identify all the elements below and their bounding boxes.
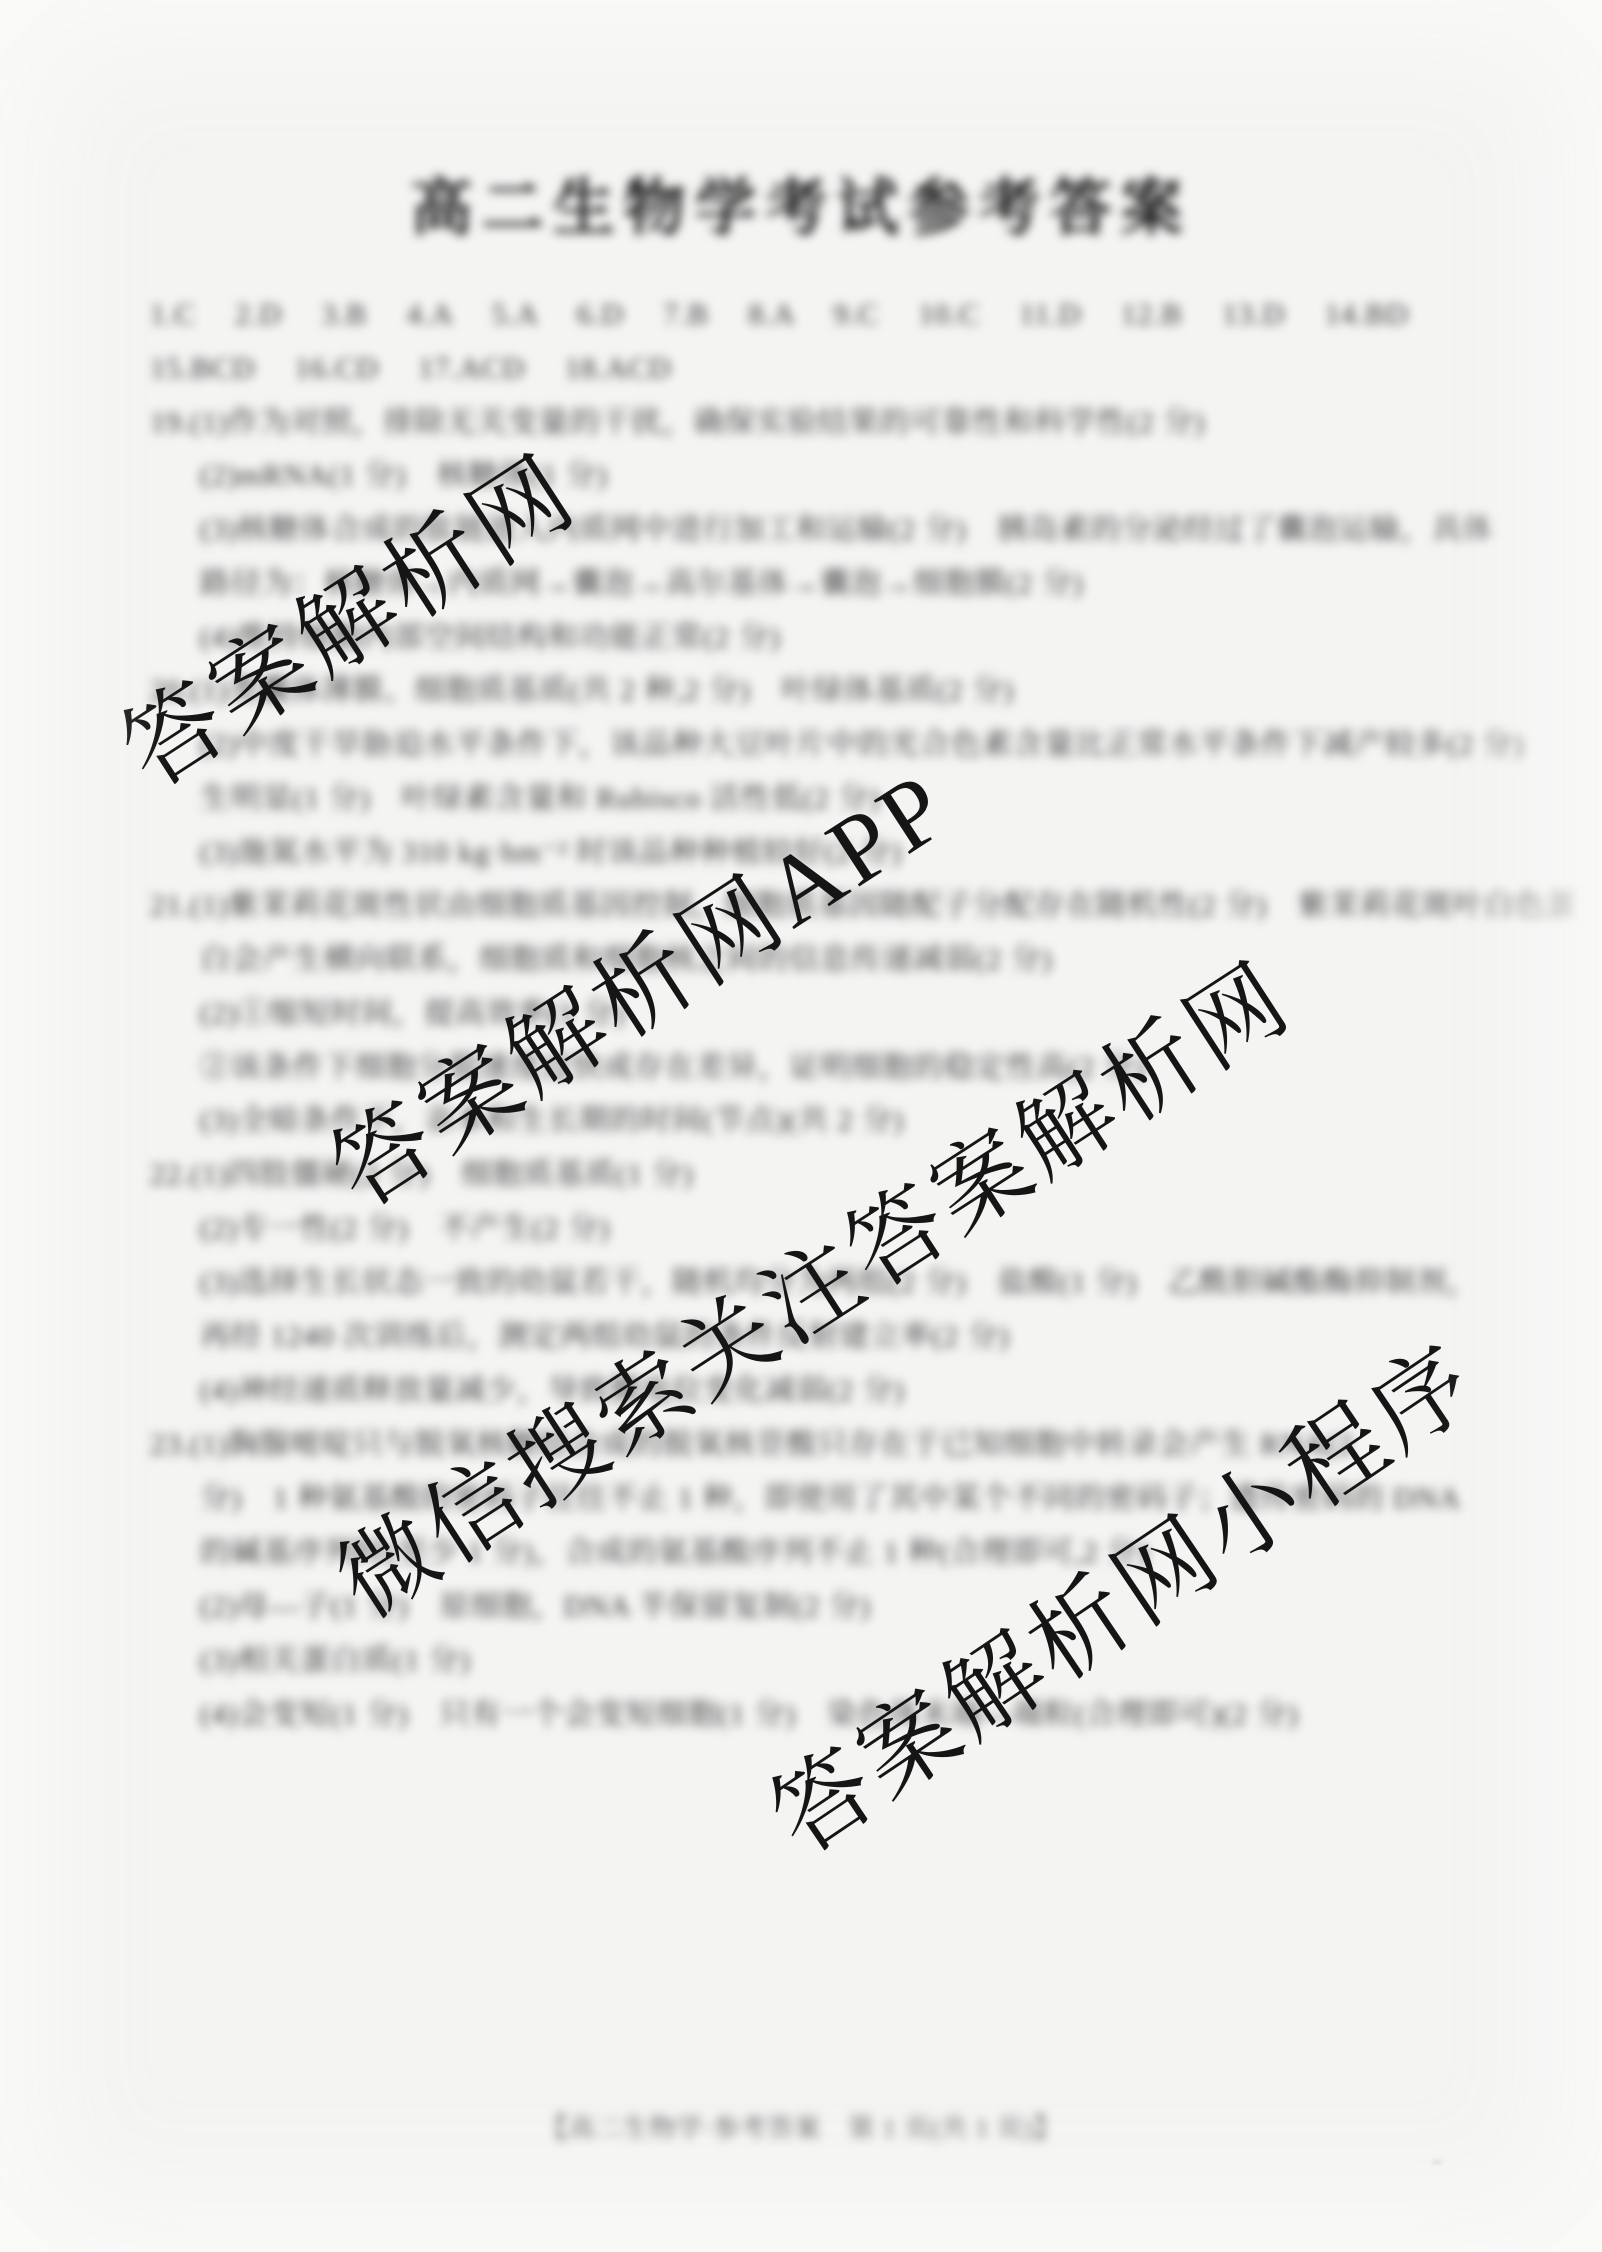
choice-answers-row-2: 15.BCD 16.CD 17.ACD 18.ACD [150,351,672,387]
page-footer: 【高二生物学·参考答案 第 1 页(共 1 页)】 [0,2108,1602,2145]
answer-line-q23-4: (4)会变短(1 分) 只有一个会变短细胞(1 分) 染色体末端—端粒(合理即可… [200,1697,1298,1733]
choice-answers-row-1: 1.C 2.D 3.B 4.A 5.A 6.D 7.B 8.A 9.C 10.C… [150,297,1409,333]
page-title: 高二生物学考试参考答案 [0,158,1602,247]
exam-answer-sheet-page: 高二生物学考试参考答案 1.C 2.D 3.B 4.A 5.A 6.D 7.B … [0,0,1602,2252]
answer-line-q23-1a: 23.(1)胸腺嘧啶只与脱氧核糖结合成的脱氧核苷酸只存在于已知细胞中转录会产生 … [150,1427,1353,1463]
answer-line-q22-2: (2)专一性(2 分) 不产生(2 分) [200,1211,610,1247]
answer-line-q19-1: 19.(1)作为对照，排除无关变量的干扰，确保实验结果的可靠性和科学性(2 分) [150,405,1205,441]
answer-line-q23-3: (3)相关蛋白质(1 分) [200,1643,470,1679]
blurred-document-layer: 高二生物学考试参考答案 1.C 2.D 3.B 4.A 5.A 6.D 7.B … [0,0,1602,2252]
scan-artifact-dot [1432,2160,1442,2164]
answer-line-q23-2: (2)母—子(1 分) 原细胞，DNA 半保留复制(2 分) [200,1589,871,1625]
